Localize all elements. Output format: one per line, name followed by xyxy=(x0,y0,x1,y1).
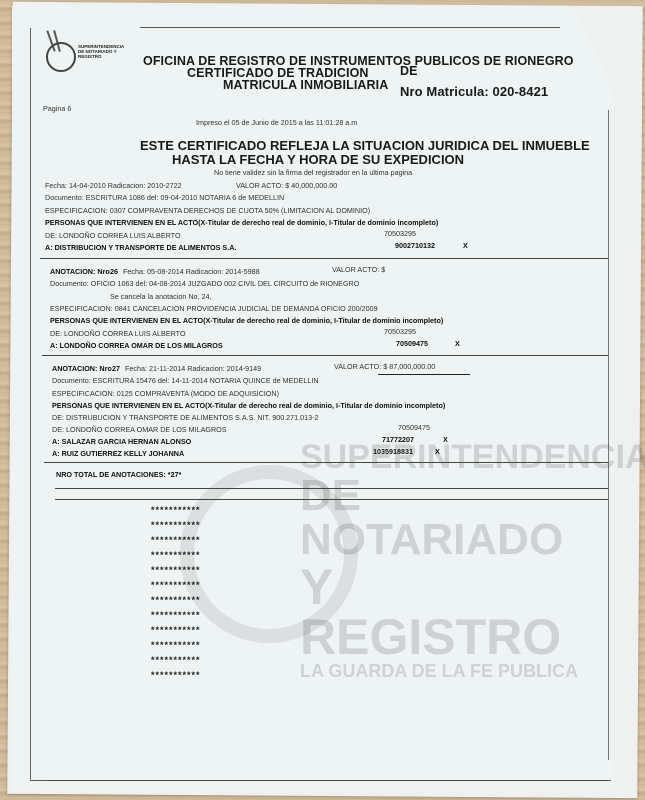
filler-stars: *********** xyxy=(151,550,201,560)
party-name: DE: LONDOÑO CORREA LUIS ALBERTO xyxy=(50,329,186,338)
annotation-date: Fecha: 05-08-2014 Radicacion: 2014-5988 xyxy=(123,267,260,276)
titular-mark: X xyxy=(443,435,448,444)
value-underline xyxy=(378,374,470,375)
annotation-nro-label: ANOTACION: Nro xyxy=(50,267,110,276)
party-id: 71772207 xyxy=(382,435,414,444)
annotation-date: Fecha: 14-04-2010 Radicacion: 2010-2722 xyxy=(45,181,182,190)
divider xyxy=(42,355,608,356)
filler-stars: *********** xyxy=(151,535,201,545)
annotation-spec: ESPECIFICACION: 0307 COMPRAVENTA DERECHO… xyxy=(45,206,370,215)
reflect-heading-2: HASTA LA FECHA Y HORA DE SU EXPEDICION xyxy=(172,152,464,167)
filler-stars: *********** xyxy=(151,505,201,515)
party-id: 70509475 xyxy=(398,423,430,432)
filler-stars: *********** xyxy=(151,610,201,620)
titular-mark: X xyxy=(435,447,440,456)
annotation-value: VALOR ACTO: $ 87,000,000.00 xyxy=(334,362,435,371)
filler-stars: *********** xyxy=(151,670,201,680)
total-annotations: NRO TOTAL DE ANOTACIONES: *27* xyxy=(56,470,181,479)
logo-text: SUPERINTENDENCIA DE NOTARIADO Y REGISTRO xyxy=(78,44,120,59)
annotation-document: Documento: OFICIO 1063 del: 04-08-2014 J… xyxy=(50,279,359,288)
annotation-value: VALOR ACTO: $ xyxy=(332,265,385,274)
party-name: DE: LONDOÑO CORREA LUIS ALBERTO xyxy=(45,231,181,240)
snr-logo: SUPERINTENDENCIA DE NOTARIADO Y REGISTRO xyxy=(38,30,128,82)
annotation-nro-label: ANOTACION: Nro xyxy=(52,364,112,373)
annotation-date: Fecha: 21-11-2014 Radicacion: 2014-9149 xyxy=(125,364,261,373)
party-name: A: LONDOÑO CORREA OMAR DE LOS MILAGROS xyxy=(50,341,223,350)
annotation-nro: 27 xyxy=(112,364,120,373)
filler-stars: *********** xyxy=(151,640,201,650)
watermark-line-3: Y REGISTRO xyxy=(300,562,600,662)
filler-stars: *********** xyxy=(151,625,201,635)
validity-note: No tiene validez sin la firma del regist… xyxy=(214,168,412,177)
annotation-value: VALOR ACTO: $ 40,000,000.00 xyxy=(236,181,337,190)
annotation-spec: ESPECIFICACION: 0125 COMPRAVENTA (MODO D… xyxy=(52,389,279,398)
cert-title-de: DE xyxy=(400,64,418,78)
annotation-persons-header: PERSONAS QUE INTERVIENEN EN EL ACTO(X-Ti… xyxy=(52,401,445,410)
logo-seal-icon xyxy=(46,42,76,72)
divider xyxy=(44,462,608,463)
annotation-document: Documento: ESCRITURA 1086 del: 09-04-201… xyxy=(45,193,284,202)
party-name: A: RUIZ GUTIERREZ KELLY JOHANNA xyxy=(52,449,184,458)
party-id: 70503295 xyxy=(384,327,416,336)
filler-stars: *********** xyxy=(151,565,201,575)
page-frame-right xyxy=(608,110,609,760)
divider xyxy=(40,258,608,259)
annotation-persons-header: PERSONAS QUE INTERVIENEN EN EL ACTO(X-Ti… xyxy=(50,316,443,325)
bottom-rule xyxy=(48,780,608,781)
watermark-line-4: LA GUARDA DE LA FE PUBLICA xyxy=(300,662,600,680)
party-id: 70503295 xyxy=(384,229,416,238)
titular-mark: X xyxy=(463,241,468,250)
nro-matricula: Nro Matricula: 020-8421 xyxy=(400,84,548,99)
divider xyxy=(55,499,608,500)
matricula-title: MATRICULA INMOBILIARIA xyxy=(223,78,388,92)
watermark-line-1: SUPERINTENDENCIA xyxy=(300,440,600,474)
printed-date: Impreso el 05 de Junio de 2015 a las 11:… xyxy=(196,118,357,127)
annotation-persons-header: PERSONAS QUE INTERVIENEN EN EL ACTO(X-Ti… xyxy=(45,218,438,227)
annotation-nro: 26 xyxy=(110,267,118,276)
filler-stars: *********** xyxy=(151,580,201,590)
page-number: Pagina 6 xyxy=(43,104,71,113)
annotation-document: Documento: ESCRITURA 15476 del: 14-11-20… xyxy=(52,376,319,385)
party-name: A: SALAZAR GARCIA HERNAN ALONSO xyxy=(52,437,191,446)
filler-stars: *********** xyxy=(151,595,201,605)
filler-stars: *********** xyxy=(151,655,201,665)
top-rule xyxy=(140,27,560,28)
divider xyxy=(55,488,608,489)
party-name: DE: DISTRUBUCION Y TRANSPORTE DE ALIMENT… xyxy=(52,413,319,422)
party-name: A: DISTRIBUCION Y TRANSPORTE DE ALIMENTO… xyxy=(45,243,236,252)
party-id: 1035918831 xyxy=(373,447,413,456)
party-id: 9002710132 xyxy=(395,241,435,250)
party-name: DE: LONDOÑO CORREA OMAR DE LOS MILAGROS xyxy=(52,425,227,434)
filler-stars: *********** xyxy=(151,520,201,530)
watermark: SUPERINTENDENCIA DE NOTARIADO Y REGISTRO… xyxy=(300,440,600,680)
reflect-heading-1: ESTE CERTIFICADO REFLEJA LA SITUACION JU… xyxy=(140,138,590,153)
annotation-cancel: Se cancela la anotacion No, 24, xyxy=(110,292,212,301)
party-id: 70509475 xyxy=(396,339,428,348)
titular-mark: X xyxy=(455,339,460,348)
annotation-spec: ESPECIFICACION: 0841 CANCELACION PROVIDE… xyxy=(50,304,378,313)
